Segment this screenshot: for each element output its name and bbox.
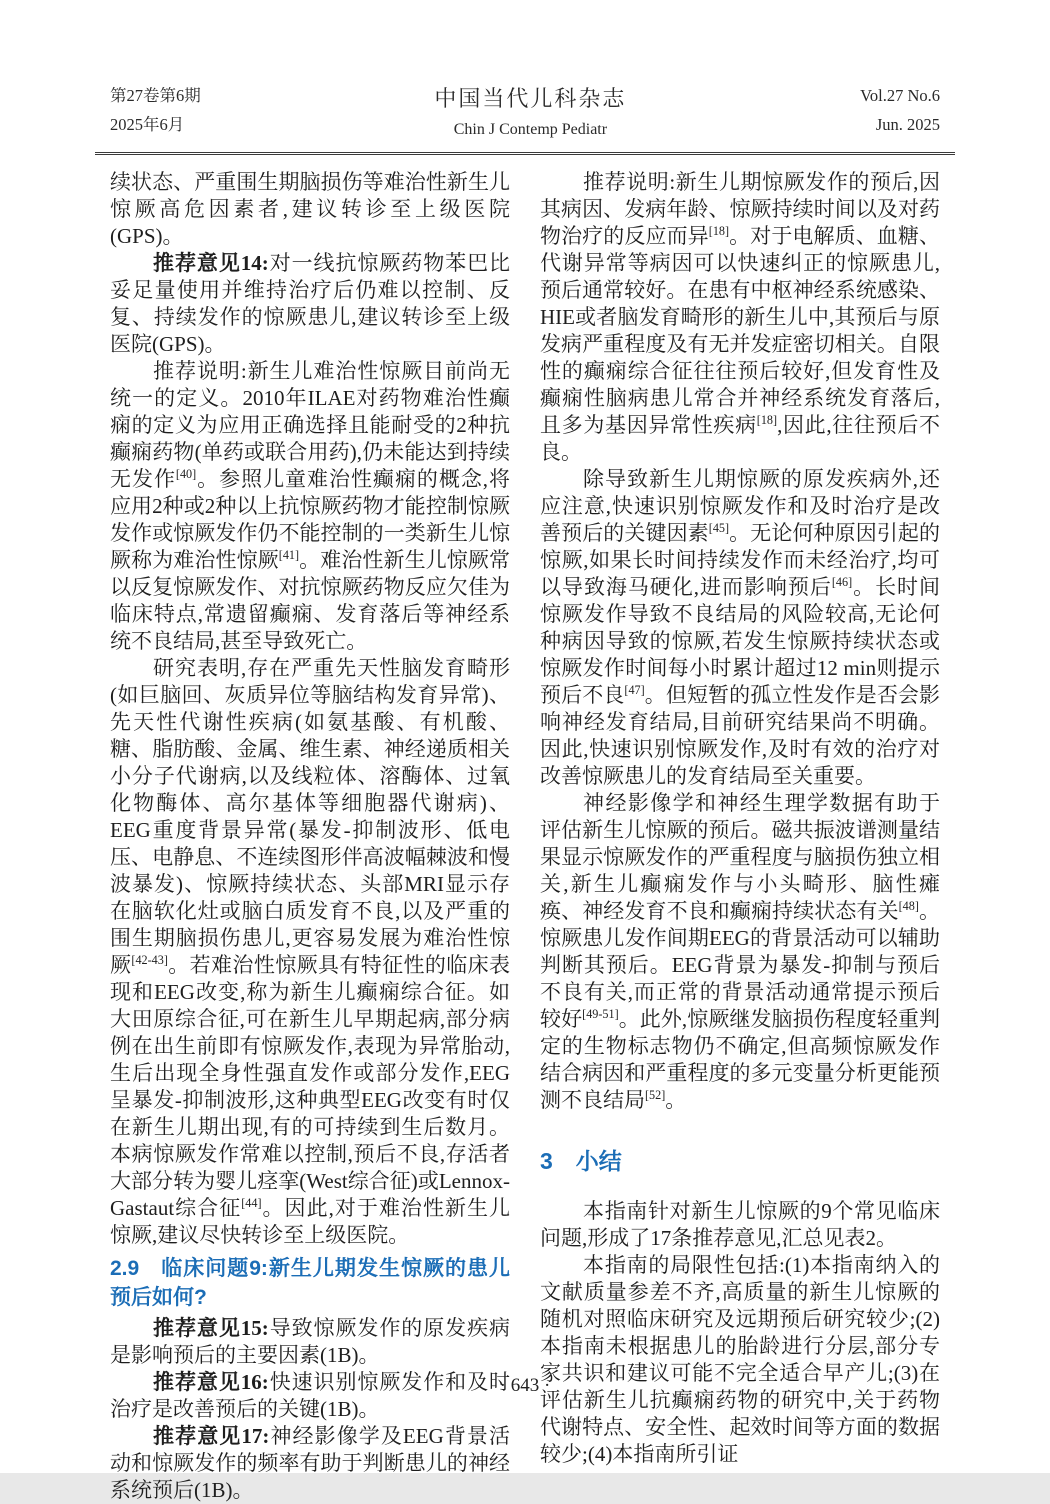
paragraph: 推荐意见14:对一线抗惊厥药物苯巴比妥足量使用并维持治疗后仍难以控制、反复、持续…: [110, 250, 510, 358]
journal-page: 第27卷第6期 2025年6月 中国当代儿科杂志 Chin J Contemp …: [0, 0, 1050, 1473]
reference-marker: [49-51]: [582, 1007, 619, 1021]
section-heading: 3 小结: [540, 1148, 940, 1174]
header-volume-issue: 第27卷第6期: [110, 88, 201, 105]
reference-marker: [44]: [241, 1196, 261, 1210]
reference-marker: [46]: [832, 575, 852, 589]
reference-marker: [42-43]: [131, 953, 168, 967]
reference-marker: [47]: [624, 683, 644, 697]
reference-marker: [40]: [176, 467, 196, 481]
section-heading: 2.9 临床问题9:新生儿期发生惊厥的患儿预后如何?: [110, 1254, 510, 1312]
header-vol-block: Vol.27 No.6 Jun. 2025: [860, 88, 940, 133]
header-double-rule: [95, 152, 955, 155]
paragraph: 推荐意见15:导致惊厥发作的原发疾病是影响预后的主要因素(1B)。: [110, 1315, 510, 1369]
reference-marker: [41]: [279, 548, 299, 562]
page-number: · 643 ·: [500, 1375, 551, 1396]
reference-marker: [18]: [709, 224, 729, 238]
journal-title-cn: 中国当代儿科杂志: [434, 88, 626, 110]
page-footer: · 643 ·: [0, 1375, 1050, 1397]
reference-marker: [52]: [645, 1088, 665, 1102]
reference-marker: [45]: [709, 521, 729, 535]
reference-marker: [18]: [757, 413, 777, 427]
paragraph: 除导致新生儿期惊厥的原发疾病外,还应注意,快速识别惊厥发作和及时治疗是改善预后的…: [540, 466, 940, 790]
header-journal-title-block: 中国当代儿科杂志 Chin J Contemp Pediatr: [434, 88, 626, 138]
paragraph: 神经影像学和神经生理学数据有助于评估新生儿惊厥的预后。磁共振波谱测量结果显示惊厥…: [540, 790, 940, 1114]
journal-header: 第27卷第6期 2025年6月 中国当代儿科杂志 Chin J Contemp …: [110, 88, 940, 138]
paragraph: 推荐意见17:神经影像学及EEG背景活动和惊厥发作的频率有助于判断患儿的神经系统…: [110, 1423, 510, 1504]
header-date-cn: 2025年6月: [110, 117, 184, 134]
paragraph: 推荐说明:新生儿难治性惊厥目前尚无统一的定义。2010年ILAE对药物难治性癫痫…: [110, 358, 510, 655]
journal-title-en: Chin J Contemp Pediatr: [454, 122, 607, 138]
left-column: 续状态、严重围生期脑损伤等难治性新生儿惊厥高危因素者,建议转诊至上级医院(GPS…: [110, 169, 510, 1504]
paragraph: 研究表明,存在严重先天性脑发育畸形(如巨脑回、灰质异位等脑结构发育异常)、先天性…: [110, 655, 510, 1249]
paragraph: 本指南针对新生儿惊厥的9个常见临床问题,形成了17条推荐意见,汇总见表2。: [540, 1198, 940, 1252]
paragraph: 推荐说明:新生儿期惊厥发作的预后,因其病因、发病年龄、惊厥持续时间以及对药物治疗…: [540, 169, 940, 466]
reference-marker: [48]: [899, 899, 919, 913]
header-date-en: Jun. 2025: [876, 117, 940, 134]
paragraph: 续状态、严重围生期脑损伤等难治性新生儿惊厥高危因素者,建议转诊至上级医院(GPS…: [110, 169, 510, 250]
article-body: 续状态、严重围生期脑损伤等难治性新生儿惊厥高危因素者,建议转诊至上级医院(GPS…: [110, 169, 940, 1504]
right-column: 推荐说明:新生儿期惊厥发作的预后,因其病因、发病年龄、惊厥持续时间以及对药物治疗…: [540, 169, 940, 1504]
paragraph: 本指南的局限性包括:(1)本指南纳入的文献质量参差不齐,高质量的新生儿惊厥的随机…: [540, 1252, 940, 1468]
header-issue-block: 第27卷第6期 2025年6月: [110, 88, 201, 133]
header-vol-en: Vol.27 No.6: [860, 88, 940, 105]
